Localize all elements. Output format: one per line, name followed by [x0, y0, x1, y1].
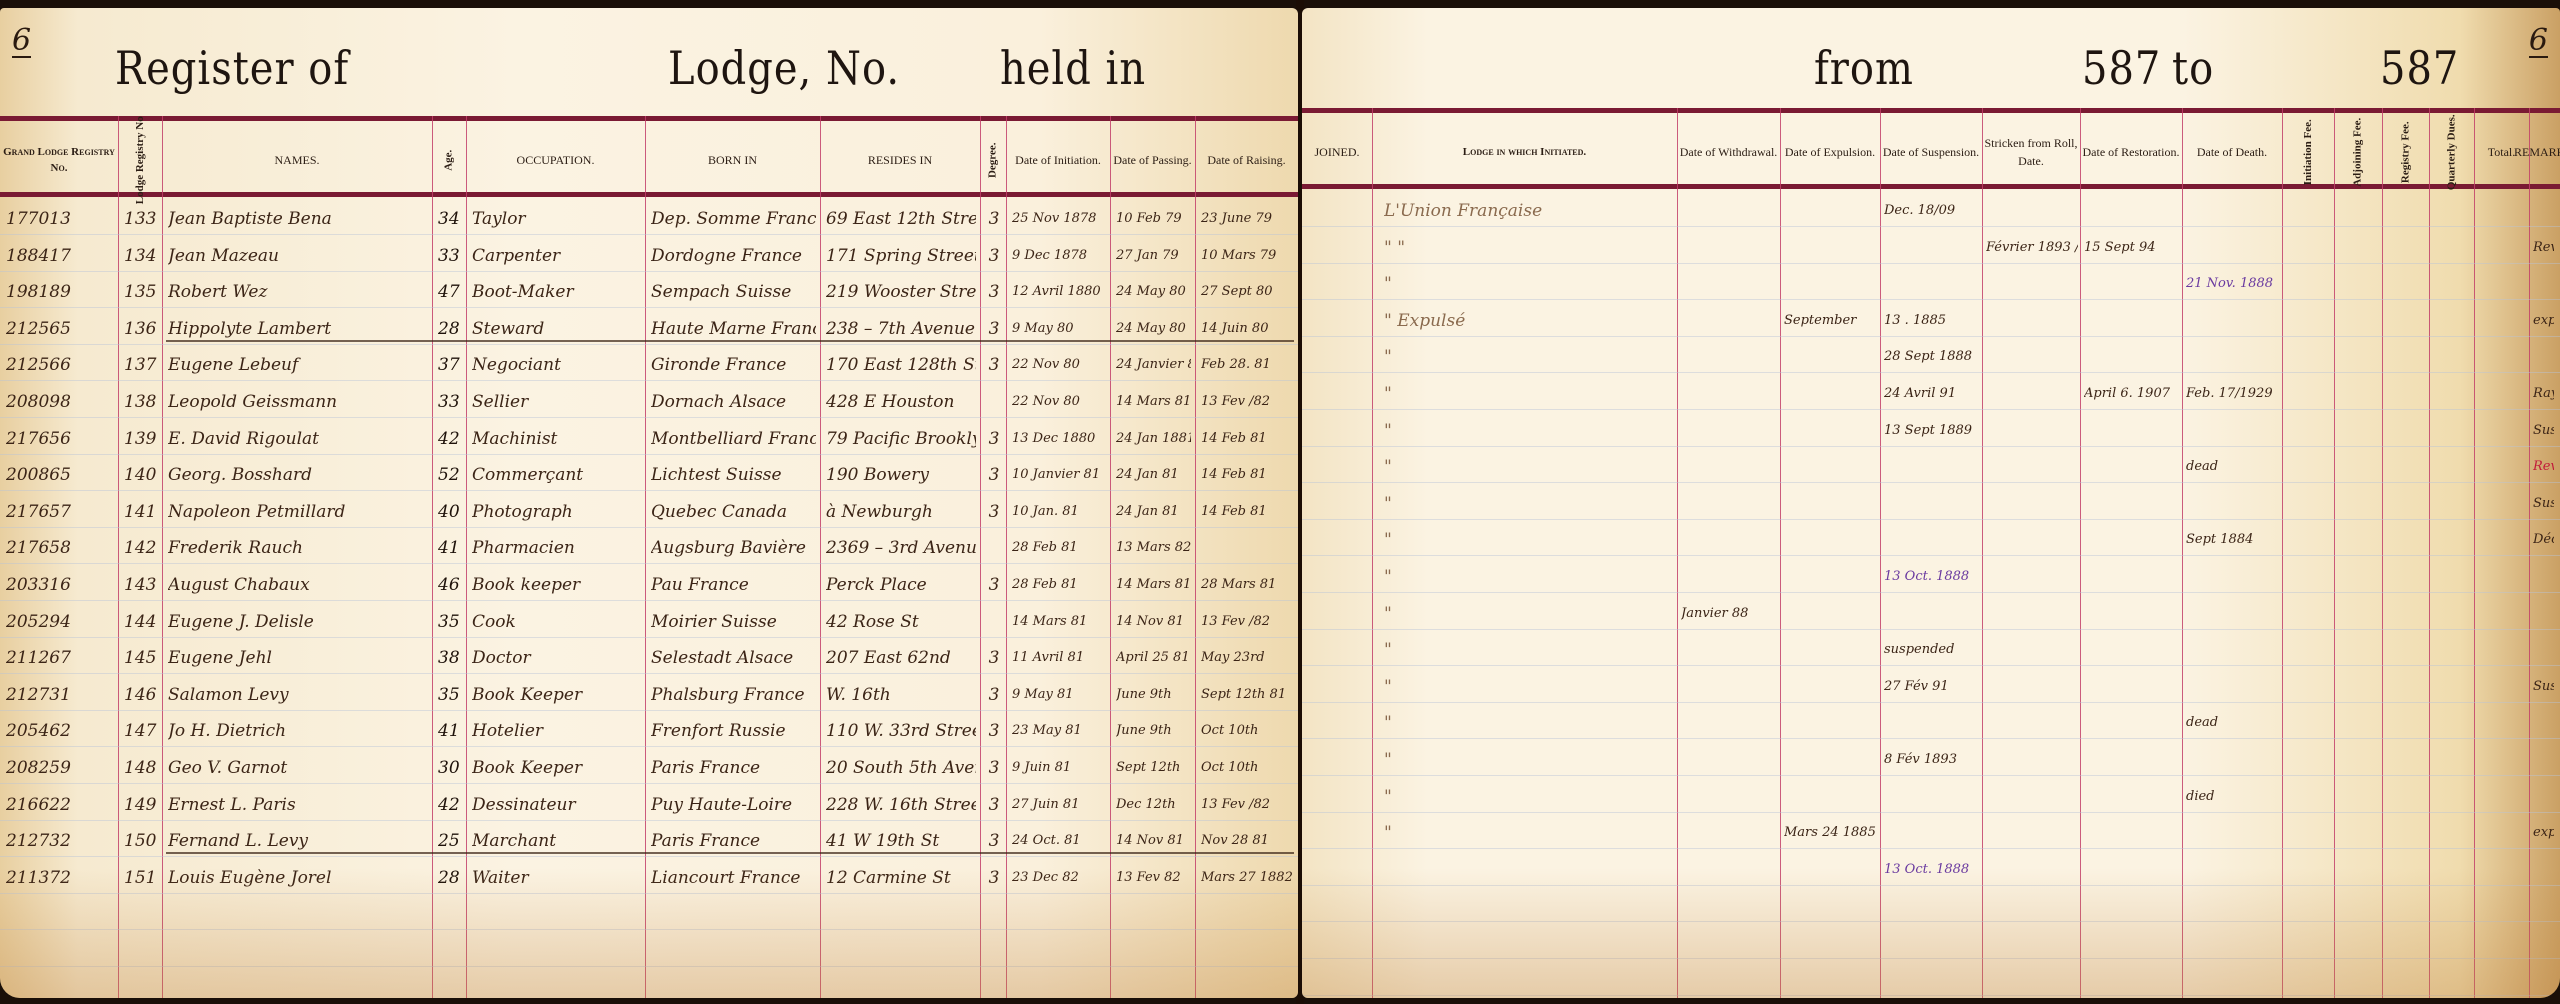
cell-gl: 216622 — [6, 790, 114, 820]
cell-gl: 177013 — [6, 204, 114, 234]
ruled-line — [0, 234, 1298, 235]
cell-suspension — [1884, 782, 1980, 812]
cell-deg — [986, 607, 1002, 637]
ruled-line — [1302, 921, 2560, 922]
cell-age: 40 — [438, 497, 462, 527]
ruled-line — [1302, 299, 2560, 300]
right-page: 6 from 587 to 587 JOINED.Lodge in which … — [1302, 8, 2560, 998]
cell-gl: 217657 — [6, 497, 114, 527]
column-header-label: BORN IN — [708, 151, 757, 169]
cell-name: Napoleon Petmillard — [168, 497, 428, 527]
ruled-line — [1302, 555, 2560, 556]
column-divider — [2334, 108, 2335, 998]
cell-deg: 3 — [986, 241, 1002, 271]
cell-stricken — [1986, 379, 2078, 409]
cell-lodge — [1384, 855, 1683, 885]
ruled-line — [0, 344, 1298, 345]
cell-lodge: " — [1384, 635, 1683, 665]
column-header-adjoining-fee: Adjoining Fee. — [2334, 112, 2382, 192]
cell-name: Eugene J. Delisle — [168, 607, 428, 637]
cell-expulsion: September — [1784, 306, 1878, 336]
cell-born: Dornach Alsace — [651, 387, 816, 417]
column-header-resides-in: RESIDES IN — [820, 120, 980, 200]
cell-stricken — [1986, 635, 2078, 665]
cell-deg: 3 — [986, 570, 1002, 600]
cell-remarks — [2533, 342, 2554, 372]
ruled-line — [1302, 665, 2560, 666]
cell-no: 142 — [124, 533, 158, 563]
column-header-label: Lodge Registry No — [132, 116, 149, 204]
cell-raise: Oct 10th — [1201, 716, 1294, 746]
cell-lodge: L'Union Française — [1384, 196, 1683, 226]
cell-gl: 188417 — [6, 241, 114, 271]
ruled-line — [1302, 226, 2560, 227]
cell-init: 22 Nov 80 — [1012, 387, 1106, 417]
cell-raise: May 23rd — [1201, 643, 1294, 673]
cell-deg: 3 — [986, 204, 1002, 234]
cell-born: Dordogne France — [651, 241, 816, 271]
cell-remarks — [2533, 599, 2554, 629]
cell-resides: 190 Bowery — [826, 460, 976, 490]
column-divider — [1780, 108, 1781, 998]
cell-expulsion — [1784, 525, 1878, 555]
cell-restoration — [2084, 489, 2180, 519]
cell-resides: à Newburgh — [826, 497, 976, 527]
cell-restoration — [2084, 599, 2180, 629]
cell-no: 141 — [124, 497, 158, 527]
column-divider — [1880, 108, 1881, 998]
cell-deg — [986, 533, 1002, 563]
ruled-line — [0, 454, 1298, 455]
cell-gl: 211267 — [6, 643, 114, 673]
cell-raise: 13 Fev /82 — [1201, 790, 1294, 820]
ruled-line — [0, 563, 1298, 564]
cell-restoration — [2084, 306, 2180, 336]
cell-resides: 428 E Houston — [826, 387, 976, 417]
cell-stricken — [1986, 562, 2078, 592]
cell-init: 12 Avril 1880 — [1012, 277, 1106, 307]
cell-death: Sept 1884 — [2186, 525, 2280, 555]
ruled-line — [0, 380, 1298, 381]
column-header-age: Age. — [432, 120, 466, 200]
cell-deg: 3 — [986, 753, 1002, 783]
column-header-lodge-initiated: Lodge in which Initiated. — [1372, 112, 1677, 192]
cell-age: 33 — [438, 241, 462, 271]
cell-born: Liancourt France — [651, 863, 816, 893]
column-header-label: Total. — [2488, 143, 2516, 161]
cell-born: Paris France — [651, 753, 816, 783]
cell-resides: 69 East 12th Street — [826, 204, 976, 234]
cell-gl: 208098 — [6, 387, 114, 417]
cell-death — [2186, 489, 2280, 519]
cell-suspension: 13 Sept 1889 — [1884, 416, 1980, 446]
cell-stricken — [1986, 416, 2078, 446]
cell-remarks: Décédé Sept 1884 — [2533, 525, 2554, 555]
cell-death — [2186, 306, 2280, 336]
cell-occ: Book keeper — [472, 570, 641, 600]
cell-deg: 3 — [986, 350, 1002, 380]
cell-restoration — [2084, 196, 2180, 226]
cell-init: 9 May 81 — [1012, 680, 1106, 710]
cell-gl: 212732 — [6, 826, 114, 856]
cell-gl: 212566 — [6, 350, 114, 380]
cell-expulsion — [1784, 782, 1878, 812]
cell-suspension — [1884, 269, 1980, 299]
column-header-remarks: REMARKS. — [2529, 112, 2560, 192]
cell-occ: Boot-Maker — [472, 277, 641, 307]
cell-age: 35 — [438, 680, 462, 710]
cell-age: 46 — [438, 570, 462, 600]
column-header-stricken: Stricken from Roll, Date. — [1982, 112, 2080, 192]
cell-remarks: Rayé pour non payement de l'année 1891 — [2533, 379, 2554, 409]
title-lodge-no: Lodge, No. — [668, 43, 900, 96]
cell-expulsion — [1784, 342, 1878, 372]
cell-death — [2186, 672, 2280, 702]
cell-lodge: " — [1384, 782, 1683, 812]
cell-death — [2186, 342, 2280, 372]
cell-withdrawal — [1681, 452, 1778, 482]
cell-pass: Sept 12th — [1116, 753, 1191, 783]
column-header-label: Date of Restoration. — [2083, 143, 2180, 161]
cell-remarks: Rev — [2533, 233, 2554, 263]
cell-raise: Oct 10th — [1201, 753, 1294, 783]
cell-withdrawal: Janvier 88 — [1681, 599, 1778, 629]
cell-raise: 28 Mars 81 — [1201, 570, 1294, 600]
cell-expulsion — [1784, 599, 1878, 629]
cell-name: August Chabaux — [168, 570, 428, 600]
cell-name: Jo H. Dietrich — [168, 716, 428, 746]
cell-death — [2186, 562, 2280, 592]
cell-restoration — [2084, 782, 2180, 812]
cell-occ: Hotelier — [472, 716, 641, 746]
column-header-label: Adjoining Fee. — [2350, 117, 2367, 186]
cell-age: 41 — [438, 533, 462, 563]
column-header-label: REMARKS. — [2514, 143, 2560, 161]
column-divider — [1195, 116, 1196, 998]
cell-pass: Dec 12th — [1116, 790, 1191, 820]
cell-death — [2186, 416, 2280, 446]
column-header-label: Initiation Fee. — [2300, 119, 2317, 185]
cell-stricken — [1986, 818, 2078, 848]
column-header-label: Date of Suspension. — [1883, 143, 1979, 161]
cell-occ: Book Keeper — [472, 753, 641, 783]
cell-deg: 3 — [986, 460, 1002, 490]
cell-name: Eugene Jehl — [168, 643, 428, 673]
ruled-line — [1302, 409, 2560, 410]
title-from-value: 587 — [2082, 43, 2161, 96]
column-header-restoration: Date of Restoration. — [2080, 112, 2182, 192]
cell-deg: 3 — [986, 716, 1002, 746]
cell-lodge: " " — [1384, 233, 1683, 263]
cell-no: 149 — [124, 790, 158, 820]
cell-lodge: " — [1384, 379, 1683, 409]
page-number-left: 6 — [12, 26, 31, 58]
cell-occ: Sellier — [472, 387, 641, 417]
cell-name: Jean Mazeau — [168, 241, 428, 271]
cell-resides: 110 W. 33rd Street — [826, 716, 976, 746]
cell-init: 9 Juin 81 — [1012, 753, 1106, 783]
column-header-label: Lodge in which Initiated. — [1463, 144, 1586, 161]
cell-occ: Carpenter — [472, 241, 641, 271]
cell-no: 145 — [124, 643, 158, 673]
cell-death: 21 Nov. 1888 — [2186, 269, 2280, 299]
column-divider — [1372, 108, 1373, 998]
cell-restoration — [2084, 635, 2180, 665]
cell-born: Frenfort Russie — [651, 716, 816, 746]
cell-withdrawal — [1681, 782, 1778, 812]
cell-age: 28 — [438, 863, 462, 893]
column-header-label: Date of Withdrawal. — [1680, 143, 1778, 161]
cell-resides: 219 Wooster Street — [826, 277, 976, 307]
cell-no: 135 — [124, 277, 158, 307]
cell-stricken — [1986, 306, 2078, 336]
cell-deg: 3 — [986, 497, 1002, 527]
cell-occ: Doctor — [472, 643, 641, 673]
cell-death — [2186, 745, 2280, 775]
column-header-label: Age. — [441, 149, 458, 170]
cell-restoration — [2084, 269, 2180, 299]
column-header-label: JOINED. — [1315, 143, 1360, 161]
column-header-raising: Date of Raising. — [1195, 120, 1298, 200]
cell-raise: 14 Feb 81 — [1201, 460, 1294, 490]
cell-init: 11 Avril 81 — [1012, 643, 1106, 673]
cell-deg — [986, 387, 1002, 417]
cell-restoration — [2084, 708, 2180, 738]
column-header-label: Quarterly Dues. — [2443, 114, 2460, 190]
cell-withdrawal — [1681, 489, 1778, 519]
cell-withdrawal — [1681, 233, 1778, 263]
cell-withdrawal — [1681, 562, 1778, 592]
cell-gl: 205462 — [6, 716, 114, 746]
cell-suspension: 13 Oct. 1888 — [1884, 855, 1980, 885]
column-header-label: Stricken from Roll, Date. — [1982, 134, 2080, 170]
cell-init: 10 Jan. 81 — [1012, 497, 1106, 527]
cell-occ: Pharmacien — [472, 533, 641, 563]
cell-name: Leopold Geissmann — [168, 387, 428, 417]
column-header-expulsion: Date of Expulsion. — [1780, 112, 1880, 192]
cell-suspension: suspended — [1884, 635, 1980, 665]
title-to: to — [2172, 43, 2214, 96]
cell-born: Lichtest Suisse — [651, 460, 816, 490]
cell-init: 28 Feb 81 — [1012, 533, 1106, 563]
cell-age: 34 — [438, 204, 462, 234]
cell-name: Salamon Levy — [168, 680, 428, 710]
page-number-right: 6 — [2529, 26, 2548, 58]
cell-no: 144 — [124, 607, 158, 637]
cell-expulsion — [1784, 416, 1878, 446]
cell-occ: Dessinateur — [472, 790, 641, 820]
cell-withdrawal — [1681, 818, 1778, 848]
ruled-line — [0, 856, 1298, 857]
cell-occ: Photograph — [472, 497, 641, 527]
column-header-withdrawal: Date of Withdrawal. — [1677, 112, 1780, 192]
cell-born: Pau France — [651, 570, 816, 600]
cell-resides: Perck Place — [826, 570, 976, 600]
column-header-joined: JOINED. — [1302, 112, 1372, 192]
cell-gl: 212565 — [6, 314, 114, 344]
cell-lodge: " — [1384, 525, 1683, 555]
cell-pass: 14 Mars 81 — [1116, 570, 1191, 600]
cell-suspension — [1884, 599, 1980, 629]
cell-deg: 3 — [986, 277, 1002, 307]
cell-lodge: " — [1384, 562, 1683, 592]
ruled-line — [1302, 738, 2560, 739]
cell-born: Dep. Somme France — [651, 204, 816, 234]
cell-no: 140 — [124, 460, 158, 490]
cell-born: Puy Haute-Loire — [651, 790, 816, 820]
cell-no: 138 — [124, 387, 158, 417]
cell-expulsion — [1784, 672, 1878, 702]
column-header-label: Date of Expulsion. — [1785, 143, 1875, 161]
cell-suspension: Dec. 18/09 — [1884, 196, 1980, 226]
cell-resides: 207 East 62nd — [826, 643, 976, 673]
cell-resides: 42 Rose St — [826, 607, 976, 637]
ruled-line — [0, 820, 1298, 821]
cell-age: 30 — [438, 753, 462, 783]
cell-restoration: April 6. 1907 — [2084, 379, 2180, 409]
cell-expulsion — [1784, 489, 1878, 519]
cell-pass: 24 Jan 81 — [1116, 497, 1191, 527]
column-divider — [1110, 116, 1111, 998]
cell-no: 146 — [124, 680, 158, 710]
cell-stricken — [1986, 782, 2078, 812]
column-header-label: Grand Lodge Registry No. — [0, 144, 118, 177]
cell-pass: June 9th — [1116, 716, 1191, 746]
ruled-line — [0, 600, 1298, 601]
cell-init: 25 Nov 1878 — [1012, 204, 1106, 234]
cell-remarks: Suspendu p. non paiement — [2533, 489, 2554, 519]
cell-raise: 14 Feb 81 — [1201, 424, 1294, 454]
column-divider — [1982, 108, 1983, 998]
cell-age: 35 — [438, 607, 462, 637]
column-header-initiation-fee: Initiation Fee. — [2282, 112, 2334, 192]
column-divider — [645, 116, 646, 998]
cell-death — [2186, 818, 2280, 848]
cell-pass: June 9th — [1116, 680, 1191, 710]
cell-suspension: 24 Avril 91 — [1884, 379, 1980, 409]
cell-raise: 13 Fev /82 — [1201, 387, 1294, 417]
cell-suspension — [1884, 525, 1980, 555]
cell-expulsion — [1784, 233, 1878, 263]
ruled-line — [1302, 885, 2560, 886]
column-divider — [2474, 108, 2475, 998]
ruled-line — [0, 637, 1298, 638]
left-page: 6 Register of Lodge, No. held in Grand L… — [0, 8, 1298, 998]
cell-deg: 3 — [986, 680, 1002, 710]
cell-death — [2186, 233, 2280, 263]
cell-resides: 20 South 5th Avenue — [826, 753, 976, 783]
column-divider — [118, 116, 119, 998]
cell-suspension: 13 Oct. 1888 — [1884, 562, 1980, 592]
ruled-line — [1302, 263, 2560, 264]
column-header-degree: Degree. — [980, 120, 1006, 200]
title-register-of: Register of — [115, 43, 349, 96]
cell-suspension: 28 Sept 1888 — [1884, 342, 1980, 372]
ruled-line — [0, 966, 1298, 967]
cell-death — [2186, 196, 2280, 226]
cell-age: 52 — [438, 460, 462, 490]
cell-no: 143 — [124, 570, 158, 600]
cell-stricken — [1986, 672, 2078, 702]
cell-deg: 3 — [986, 643, 1002, 673]
cell-lodge: " — [1384, 416, 1683, 446]
cell-withdrawal — [1681, 269, 1778, 299]
column-header-quarterly-dues: Quarterly Dues. — [2429, 112, 2474, 192]
cell-no: 136 — [124, 314, 158, 344]
cell-expulsion — [1784, 635, 1878, 665]
cell-no: 150 — [124, 826, 158, 856]
ruled-line — [1302, 629, 2560, 630]
column-header-label: Date of Raising. — [1207, 151, 1285, 169]
cell-born: Quebec Canada — [651, 497, 816, 527]
cell-raise: 10 Mars 79 — [1201, 241, 1294, 271]
cell-gl: 198189 — [6, 277, 114, 307]
cell-death — [2186, 855, 2280, 885]
ruled-line — [0, 527, 1298, 528]
cell-remarks: Suspendu p. non payement — [2533, 672, 2554, 702]
cell-no: 133 — [124, 204, 158, 234]
cell-age: 38 — [438, 643, 462, 673]
ruled-line — [0, 746, 1298, 747]
cell-expulsion — [1784, 269, 1878, 299]
cell-init: 27 Juin 81 — [1012, 790, 1106, 820]
cell-raise: Feb 28. 81 — [1201, 350, 1294, 380]
cell-expulsion — [1784, 708, 1878, 738]
title-held-in: held in — [1000, 43, 1146, 96]
cell-remarks — [2533, 745, 2554, 775]
cell-withdrawal — [1681, 855, 1778, 885]
ruled-line — [1302, 592, 2560, 593]
cell-age: 47 — [438, 277, 462, 307]
cell-init: 28 Feb 81 — [1012, 570, 1106, 600]
cell-resides: 170 East 128th St — [826, 350, 976, 380]
column-header-names: NAMES. — [162, 120, 432, 200]
cell-resides: 171 Spring Street — [826, 241, 976, 271]
cell-expulsion — [1784, 855, 1878, 885]
title-from: from — [1814, 43, 1914, 96]
cell-name: Robert Wez — [168, 277, 428, 307]
cell-init: 23 Dec 82 — [1012, 863, 1106, 893]
cell-restoration — [2084, 672, 2180, 702]
cell-expulsion: Mars 24 1885 — [1784, 818, 1878, 848]
cell-restoration — [2084, 818, 2180, 848]
cell-init: 14 Mars 81 — [1012, 607, 1106, 637]
ruled-line — [0, 490, 1298, 491]
cell-name: Geo V. Garnot — [168, 753, 428, 783]
cell-raise — [1201, 533, 1294, 563]
cell-suspension — [1884, 489, 1980, 519]
cell-death: dead — [2186, 708, 2280, 738]
ruled-line — [0, 417, 1298, 418]
ruled-line — [1302, 702, 2560, 703]
cell-stricken — [1986, 525, 2078, 555]
cell-raise: Mars 27 1882 — [1201, 863, 1294, 893]
cell-remarks — [2533, 782, 2554, 812]
cell-raise: 23 June 79 — [1201, 204, 1294, 234]
cell-restoration — [2084, 745, 2180, 775]
cell-remarks: expulsé le 13 Sept 85. — [2533, 306, 2554, 336]
cell-suspension — [1884, 818, 1980, 848]
cell-occ: Taylor — [472, 204, 641, 234]
cell-resides: W. 16th — [826, 680, 976, 710]
cell-stricken — [1986, 452, 2078, 482]
cell-stricken — [1986, 342, 2078, 372]
cell-stricken — [1986, 855, 2078, 885]
cell-age: 41 — [438, 716, 462, 746]
column-divider — [2080, 108, 2081, 998]
cell-lodge: " Expulsé — [1384, 306, 1683, 336]
cell-no: 137 — [124, 350, 158, 380]
